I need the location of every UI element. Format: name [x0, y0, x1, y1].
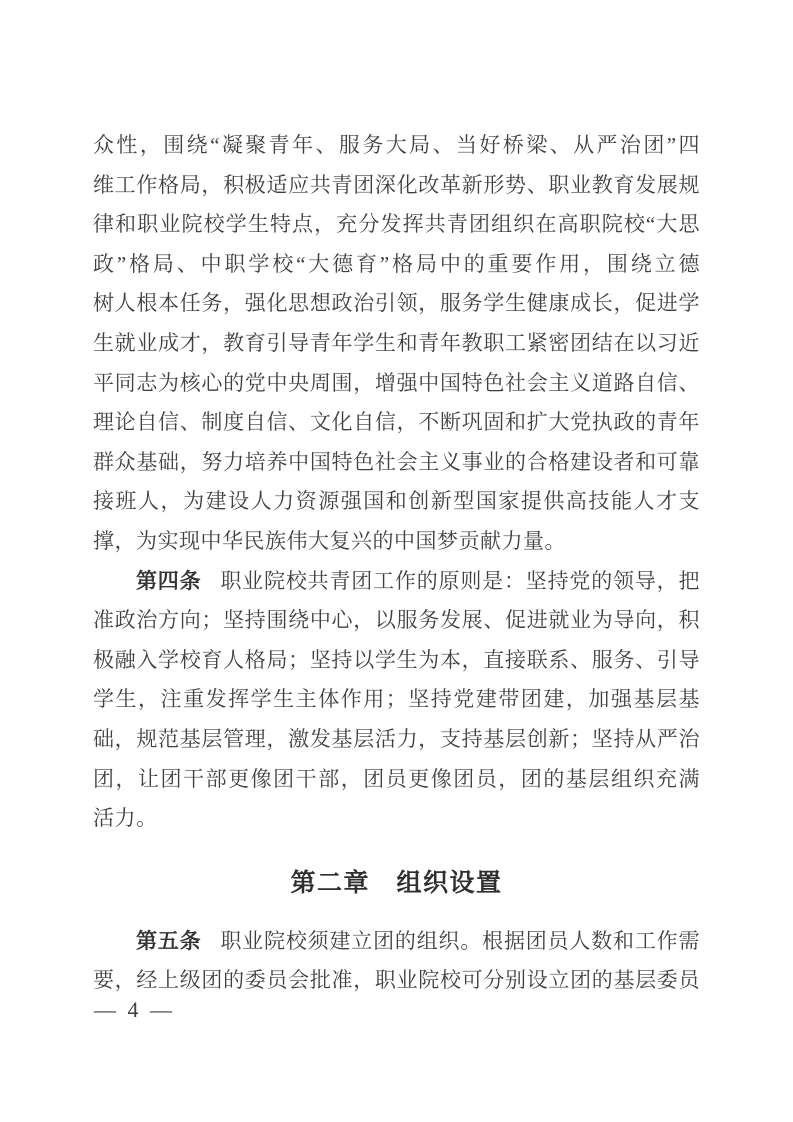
article-5-term: 第五条: [136, 929, 201, 953]
page-number: — 4 —: [94, 995, 175, 1025]
body-line: 群众基础，努力培养中国特色社会主义事业的合格建设者和可靠: [93, 443, 700, 483]
body-line: 接班人，为建设人力资源强国和创新型国家提供高技能人才支: [93, 482, 700, 522]
body-line: 团，让团干部更像团干部，团员更像团员，团的基层组织充满: [93, 760, 700, 800]
body-line: 众性，围绕“凝聚青年、服务大局、当好桥梁、从严治团”四: [93, 126, 700, 166]
body-line: 律和职业院校学生特点，充分发挥共青团组织在高职院校“大思: [93, 205, 700, 245]
article-5-first-line-text: 职业院校须建立团的组织。根据团员人数和工作需: [220, 929, 700, 953]
chapter-heading: 第二章 组织设置: [93, 863, 700, 905]
paragraph-continuation: 众性，围绕“凝聚青年、服务大局、当好桥梁、从严治团”四 维工作格局，积极适应共青…: [93, 126, 700, 562]
body-line: 础，规范基层管理，激发基层活力，支持基层创新；坚持从严治: [93, 720, 700, 760]
document-body: 众性，围绕“凝聚青年、服务大局、当好桥梁、从严治团”四 维工作格局，积极适应共青…: [93, 126, 700, 1001]
body-line: 学生，注重发挥学生主体作用；坚持党建带团建，加强基层基: [93, 680, 700, 720]
body-line: 平同志为核心的党中央周围，增强中国特色社会主义道路自信、: [93, 364, 700, 404]
body-line: 政”格局、中职学校“大德育”格局中的重要作用，围绕立德: [93, 245, 700, 285]
body-line: 理论自信、制度自信、文化自信，不断巩固和扩大党执政的青年: [93, 403, 700, 443]
body-line: 撑，为实现中华民族伟大复兴的中国梦贡献力量。: [93, 522, 700, 562]
article-4-first-line-text: 职业院校共青团工作的原则是：坚持党的领导，把: [220, 569, 700, 593]
body-line: 生就业成才，教育引导青年学生和青年教职工紧密团结在以习近: [93, 324, 700, 364]
body-line: 第四条职业院校共青团工作的原则是：坚持党的领导，把: [93, 562, 700, 602]
body-line: 要，经上级团的委员会批准，职业院校可分别设立团的基层委员: [93, 961, 700, 1001]
article-4-term: 第四条: [136, 569, 201, 593]
paragraph-article-4: 第四条职业院校共青团工作的原则是：坚持党的领导，把 准政治方向；坚持围绕中心，以…: [93, 562, 700, 839]
body-line: 极融入学校育人格局；坚持以学生为本，直接联系、服务、引导: [93, 641, 700, 681]
body-line: 树人根本任务，强化思想政治引领，服务学生健康成长，促进学: [93, 284, 700, 324]
body-line: 第五条职业院校须建立团的组织。根据团员人数和工作需: [93, 922, 700, 962]
paragraph-article-5: 第五条职业院校须建立团的组织。根据团员人数和工作需 要，经上级团的委员会批准，职…: [93, 922, 700, 1001]
body-line: 维工作格局，积极适应共青团深化改革新形势、职业教育发展规: [93, 166, 700, 206]
document-page: 众性，围绕“凝聚青年、服务大局、当好桥梁、从严治团”四 维工作格局，积极适应共青…: [0, 0, 793, 1122]
body-line: 活力。: [93, 799, 700, 839]
body-line: 准政治方向；坚持围绕中心，以服务发展、促进就业为导向，积: [93, 601, 700, 641]
